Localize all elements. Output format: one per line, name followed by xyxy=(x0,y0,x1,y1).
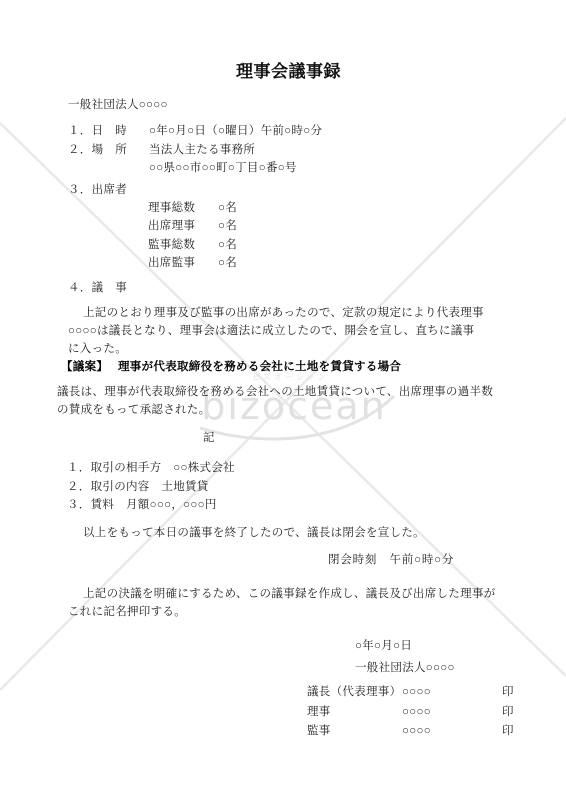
closing-date: ○年○月○日 xyxy=(355,639,412,654)
proposal-tag: 【議案】 xyxy=(61,360,108,375)
seal-mark: 印 xyxy=(502,724,514,739)
signing-organization: 一般社団法人○○○○ xyxy=(355,661,455,676)
attendee-row-value: ○名 xyxy=(218,256,237,271)
resolution-paragraph-line: の賛成をもって承認された。 xyxy=(57,403,210,418)
seal-mark: 印 xyxy=(502,705,514,720)
signer-role: 監事 xyxy=(307,724,331,739)
attendees-label: ３．出席者 xyxy=(68,183,127,198)
attestation-line: 上記の決議を明確にするため、この議事録を作成し、議長及び出席した理事が xyxy=(83,587,496,602)
attendee-row-label: 出席理事 xyxy=(148,219,195,234)
opening-paragraph-line: 上記のとおり理事及び監事の出席があったので、定款の規定により代表理事 xyxy=(83,306,484,321)
note-item: １．取引の相手方 ○○株式会社 xyxy=(67,461,235,476)
attendee-row-label: 出席監事 xyxy=(148,256,195,271)
proposal-title: 理事が代表取締役を務める会社に土地を賃貸する場合 xyxy=(118,360,401,375)
signer-name: ○○○○ xyxy=(402,724,431,739)
note-item: ２．取引の内容 土地賃貸 xyxy=(67,480,209,495)
place-label: ２．場 所 xyxy=(68,143,127,158)
signer-name: ○○○○ xyxy=(402,685,431,700)
place-value: 当法人主たる事務所 xyxy=(149,143,255,158)
watermark: ビズオーシャン bizocean xyxy=(0,0,566,800)
attendee-row-value: ○名 xyxy=(218,238,237,253)
signer-role: 理事 xyxy=(307,705,331,720)
opening-paragraph-line: に入った。 xyxy=(68,342,127,357)
closing-statement: 以上をもって本日の議事を終了したので、議長は閉会を宣した。 xyxy=(83,526,425,541)
datetime-value: ○年○月○日（○曜日）午前○時○分 xyxy=(149,124,322,139)
place-address: ○○県○○市○○町○丁目○番○号 xyxy=(149,161,297,176)
document-page: ビズオーシャン bizocean 理事会議事録 一般社団法人○○○○ １．日 時… xyxy=(0,0,566,800)
signer-name: ○○○○ xyxy=(402,705,431,720)
attendee-row-label: 監事総数 xyxy=(148,238,195,253)
resolution-paragraph-line: 議長は、理事が代表取締役を務める会社への土地賃貸について、出席理事の過半数 xyxy=(57,385,493,400)
opening-paragraph-line: ○○○○は議長となり、理事会は適法に成立したので、開会を宣し、直ちに議事 xyxy=(68,324,474,339)
watermark-swoosh xyxy=(200,396,394,439)
document-title: 理事会議事録 xyxy=(236,63,341,81)
note-marker: 記 xyxy=(203,431,215,446)
closing-time: 閉会時刻 午前○時○分 xyxy=(328,553,454,568)
attestation-line: これに記名押印する。 xyxy=(68,605,186,620)
organization-name: 一般社団法人○○○○ xyxy=(68,98,168,113)
agenda-label: ４．議 事 xyxy=(68,281,127,296)
note-item: ３．賃料 月額○○○，○○○円 xyxy=(67,498,217,513)
datetime-label: １．日 時 xyxy=(68,124,127,139)
attendee-row-value: ○名 xyxy=(218,201,237,216)
attendee-row-label: 理事総数 xyxy=(148,201,195,216)
attendee-row-value: ○名 xyxy=(218,219,237,234)
signer-role: 議長（代表理事） xyxy=(307,685,401,700)
seal-mark: 印 xyxy=(502,685,514,700)
